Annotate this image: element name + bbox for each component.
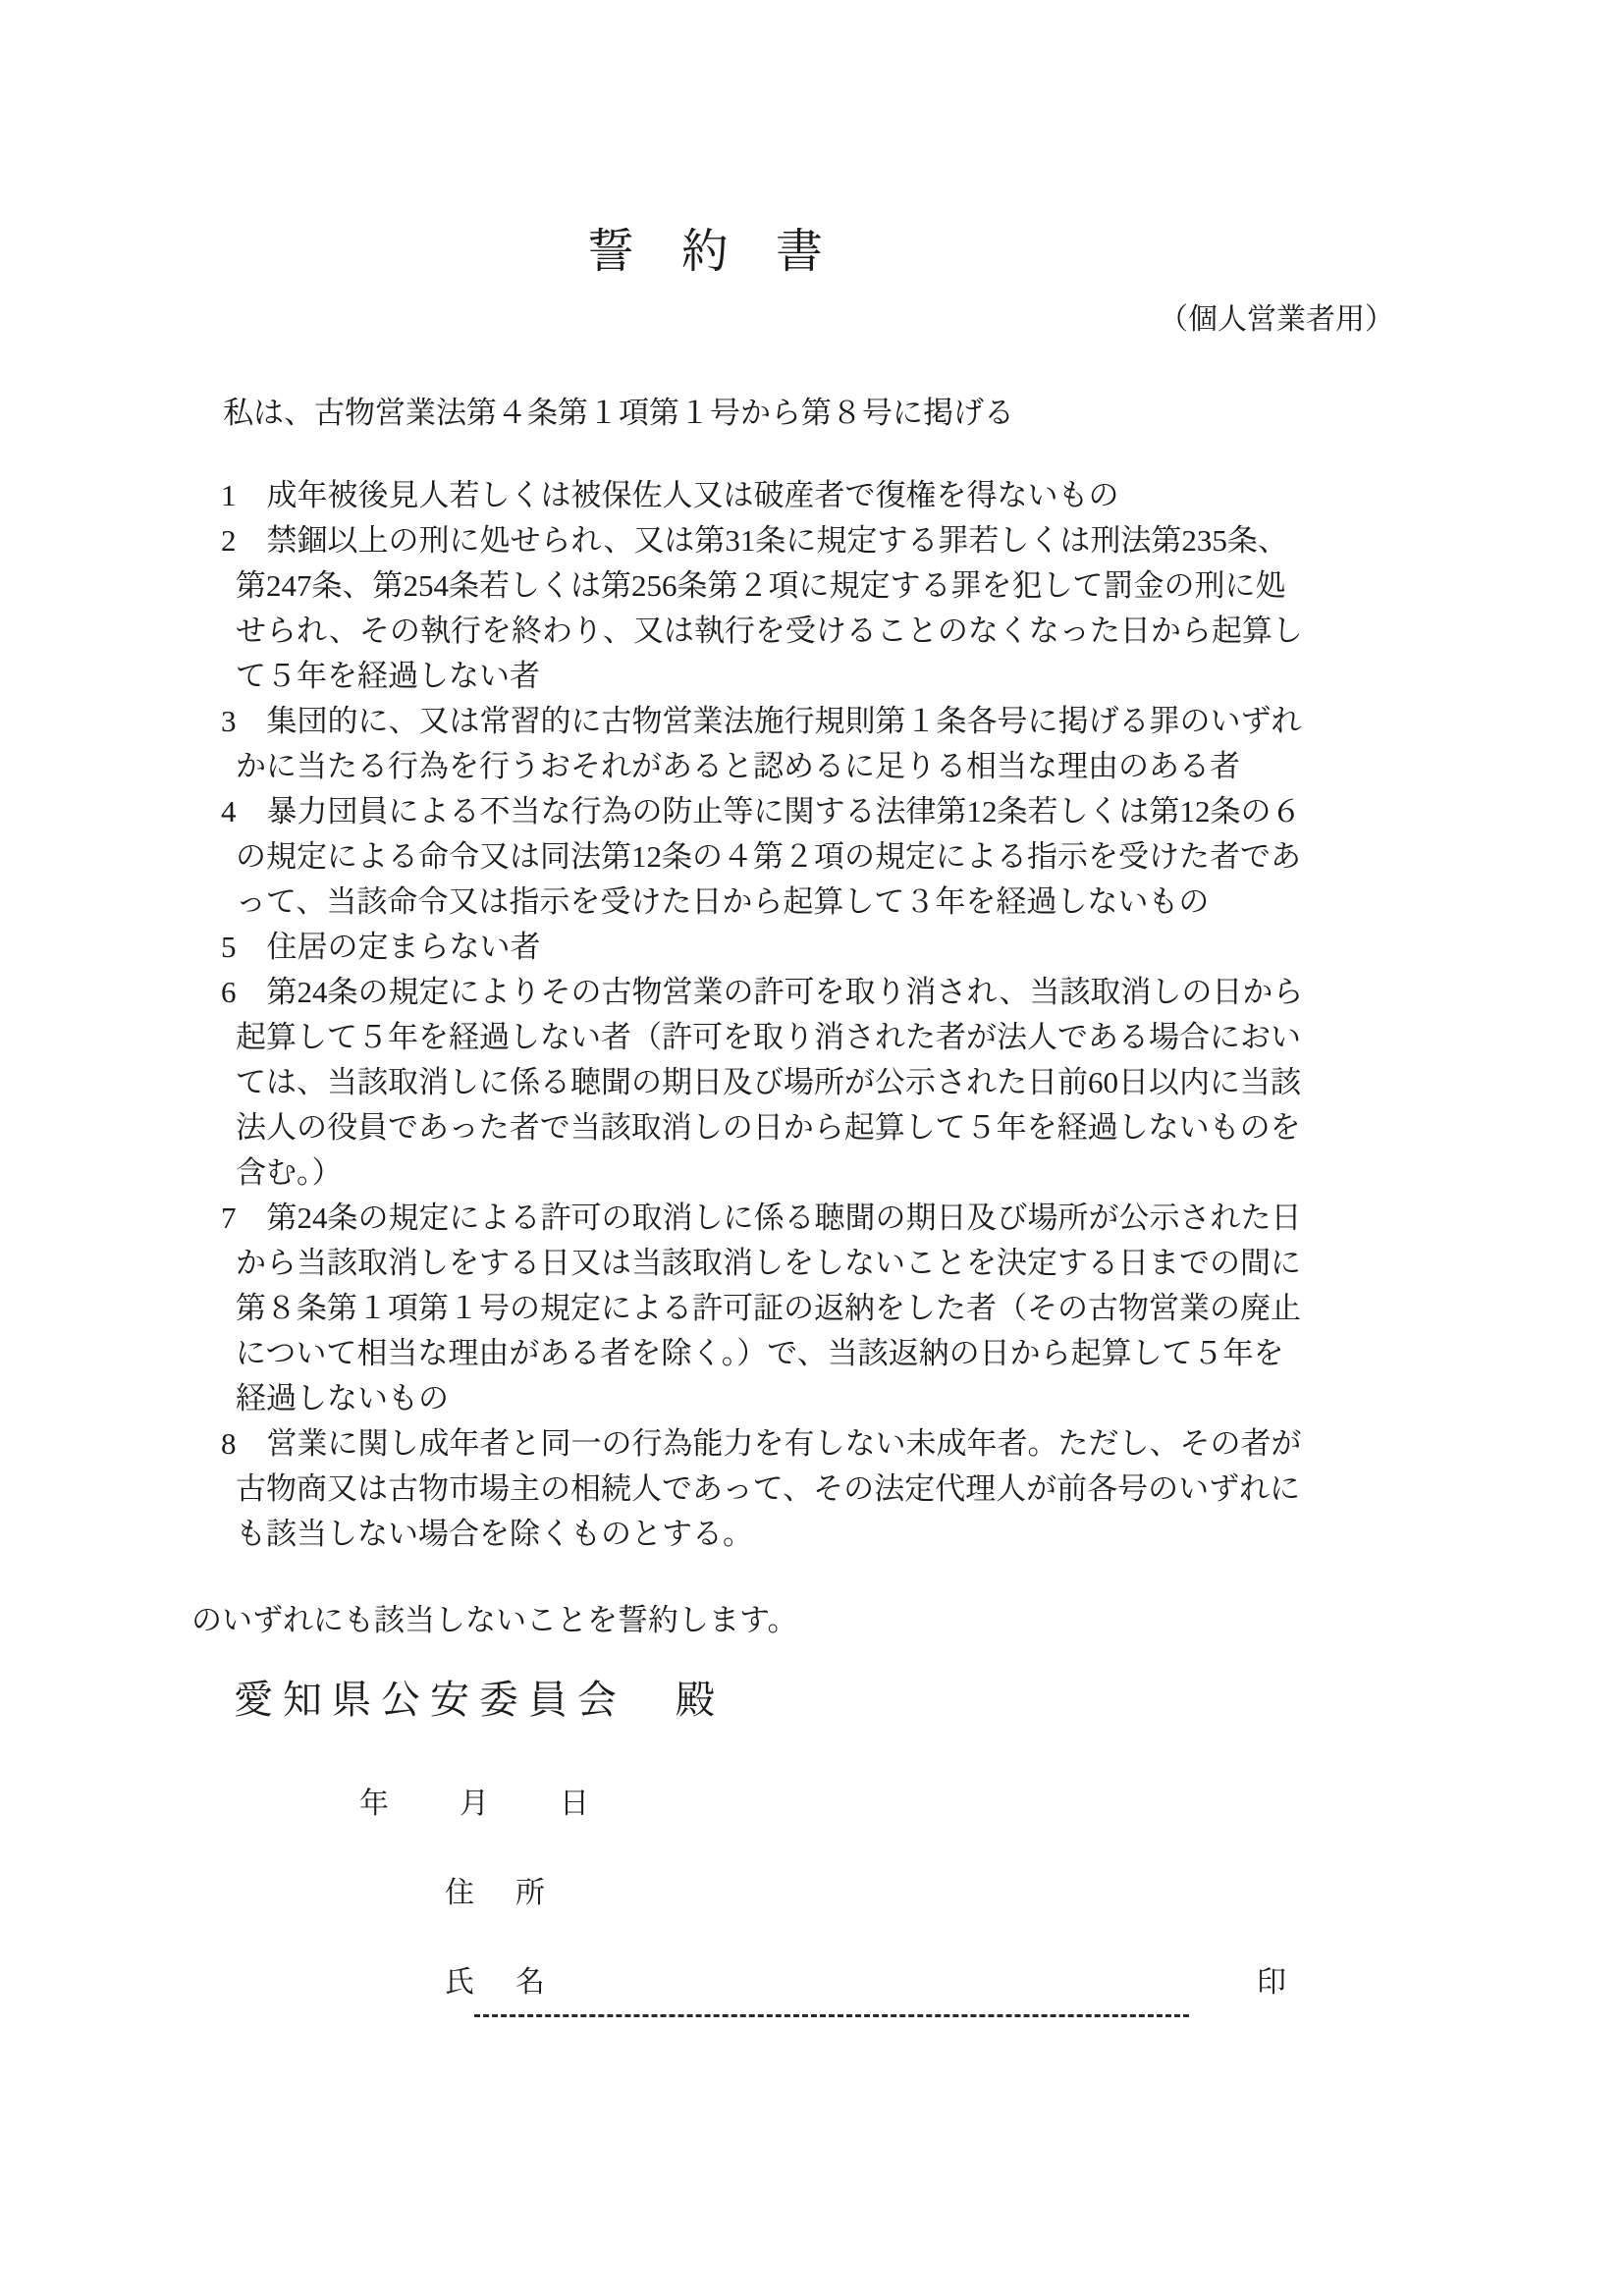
oath-intro-sentence: 私は、古物営業法第４条第１項第１号から第８号に掲げる [223, 391, 1014, 436]
oath-item-5: 5 住居の定まらない者 [221, 925, 1527, 970]
name-field-label: 氏 名 [445, 1957, 551, 2001]
oath-items-list: 1 成年被後見人若しくは被保佐人又は破産者で復権を得ないもの2 禁錮以上の刑に処… [221, 473, 1527, 1557]
oath-item-8: 8 営業に関し成年者と同一の行為能力を有しない未成年者。ただし、その者が 古物商… [221, 1421, 1527, 1557]
oath-item-3: 3 集団的に、又は常習的に古物営業法施行規則第１条各号に掲げる罪のいずれ かに当… [221, 699, 1527, 789]
oath-item-2: 2 禁錮以上の刑に処せられ、又は第31条に規定する罪若しくは刑法第235条、 第… [221, 518, 1527, 699]
date-fill-in-line: 年 月 日 [359, 1779, 593, 1822]
oath-item-7: 7 第24条の規定による許可の取消しに係る聴聞の期日及び場所が公示された日 から… [221, 1196, 1527, 1421]
pledge-document-page: 誓 約 書 （個人営業者用） 私は、古物営業法第４条第１項第１号から第８号に掲げ… [0, 0, 1624, 2296]
document-subtitle-form-type: （個人営業者用） [1159, 294, 1394, 338]
oath-item-1: 1 成年被後見人若しくは被保佐人又は破産者で復権を得ないもの [221, 473, 1527, 518]
oath-item-4: 4 暴力団員による不当な行為の防止等に関する法律第12条若しくは第12条の６ の… [221, 789, 1527, 925]
document-title: 誓 約 書 [587, 224, 823, 281]
signature-dashed-line [474, 2014, 1189, 2017]
seal-stamp-placeholder: 印 [1257, 1957, 1286, 2001]
addressee-public-safety-commission: 愛知県公安委員会 殿 [234, 1669, 725, 1725]
address-field-label: 住 所 [445, 1868, 551, 1911]
oath-closing-sentence: のいずれにも該当しないことを誓約します。 [191, 1595, 798, 1639]
oath-item-6: 6 第24条の規定によりその古物営業の許可を取り消され、当該取消しの日から 起算… [221, 970, 1527, 1196]
